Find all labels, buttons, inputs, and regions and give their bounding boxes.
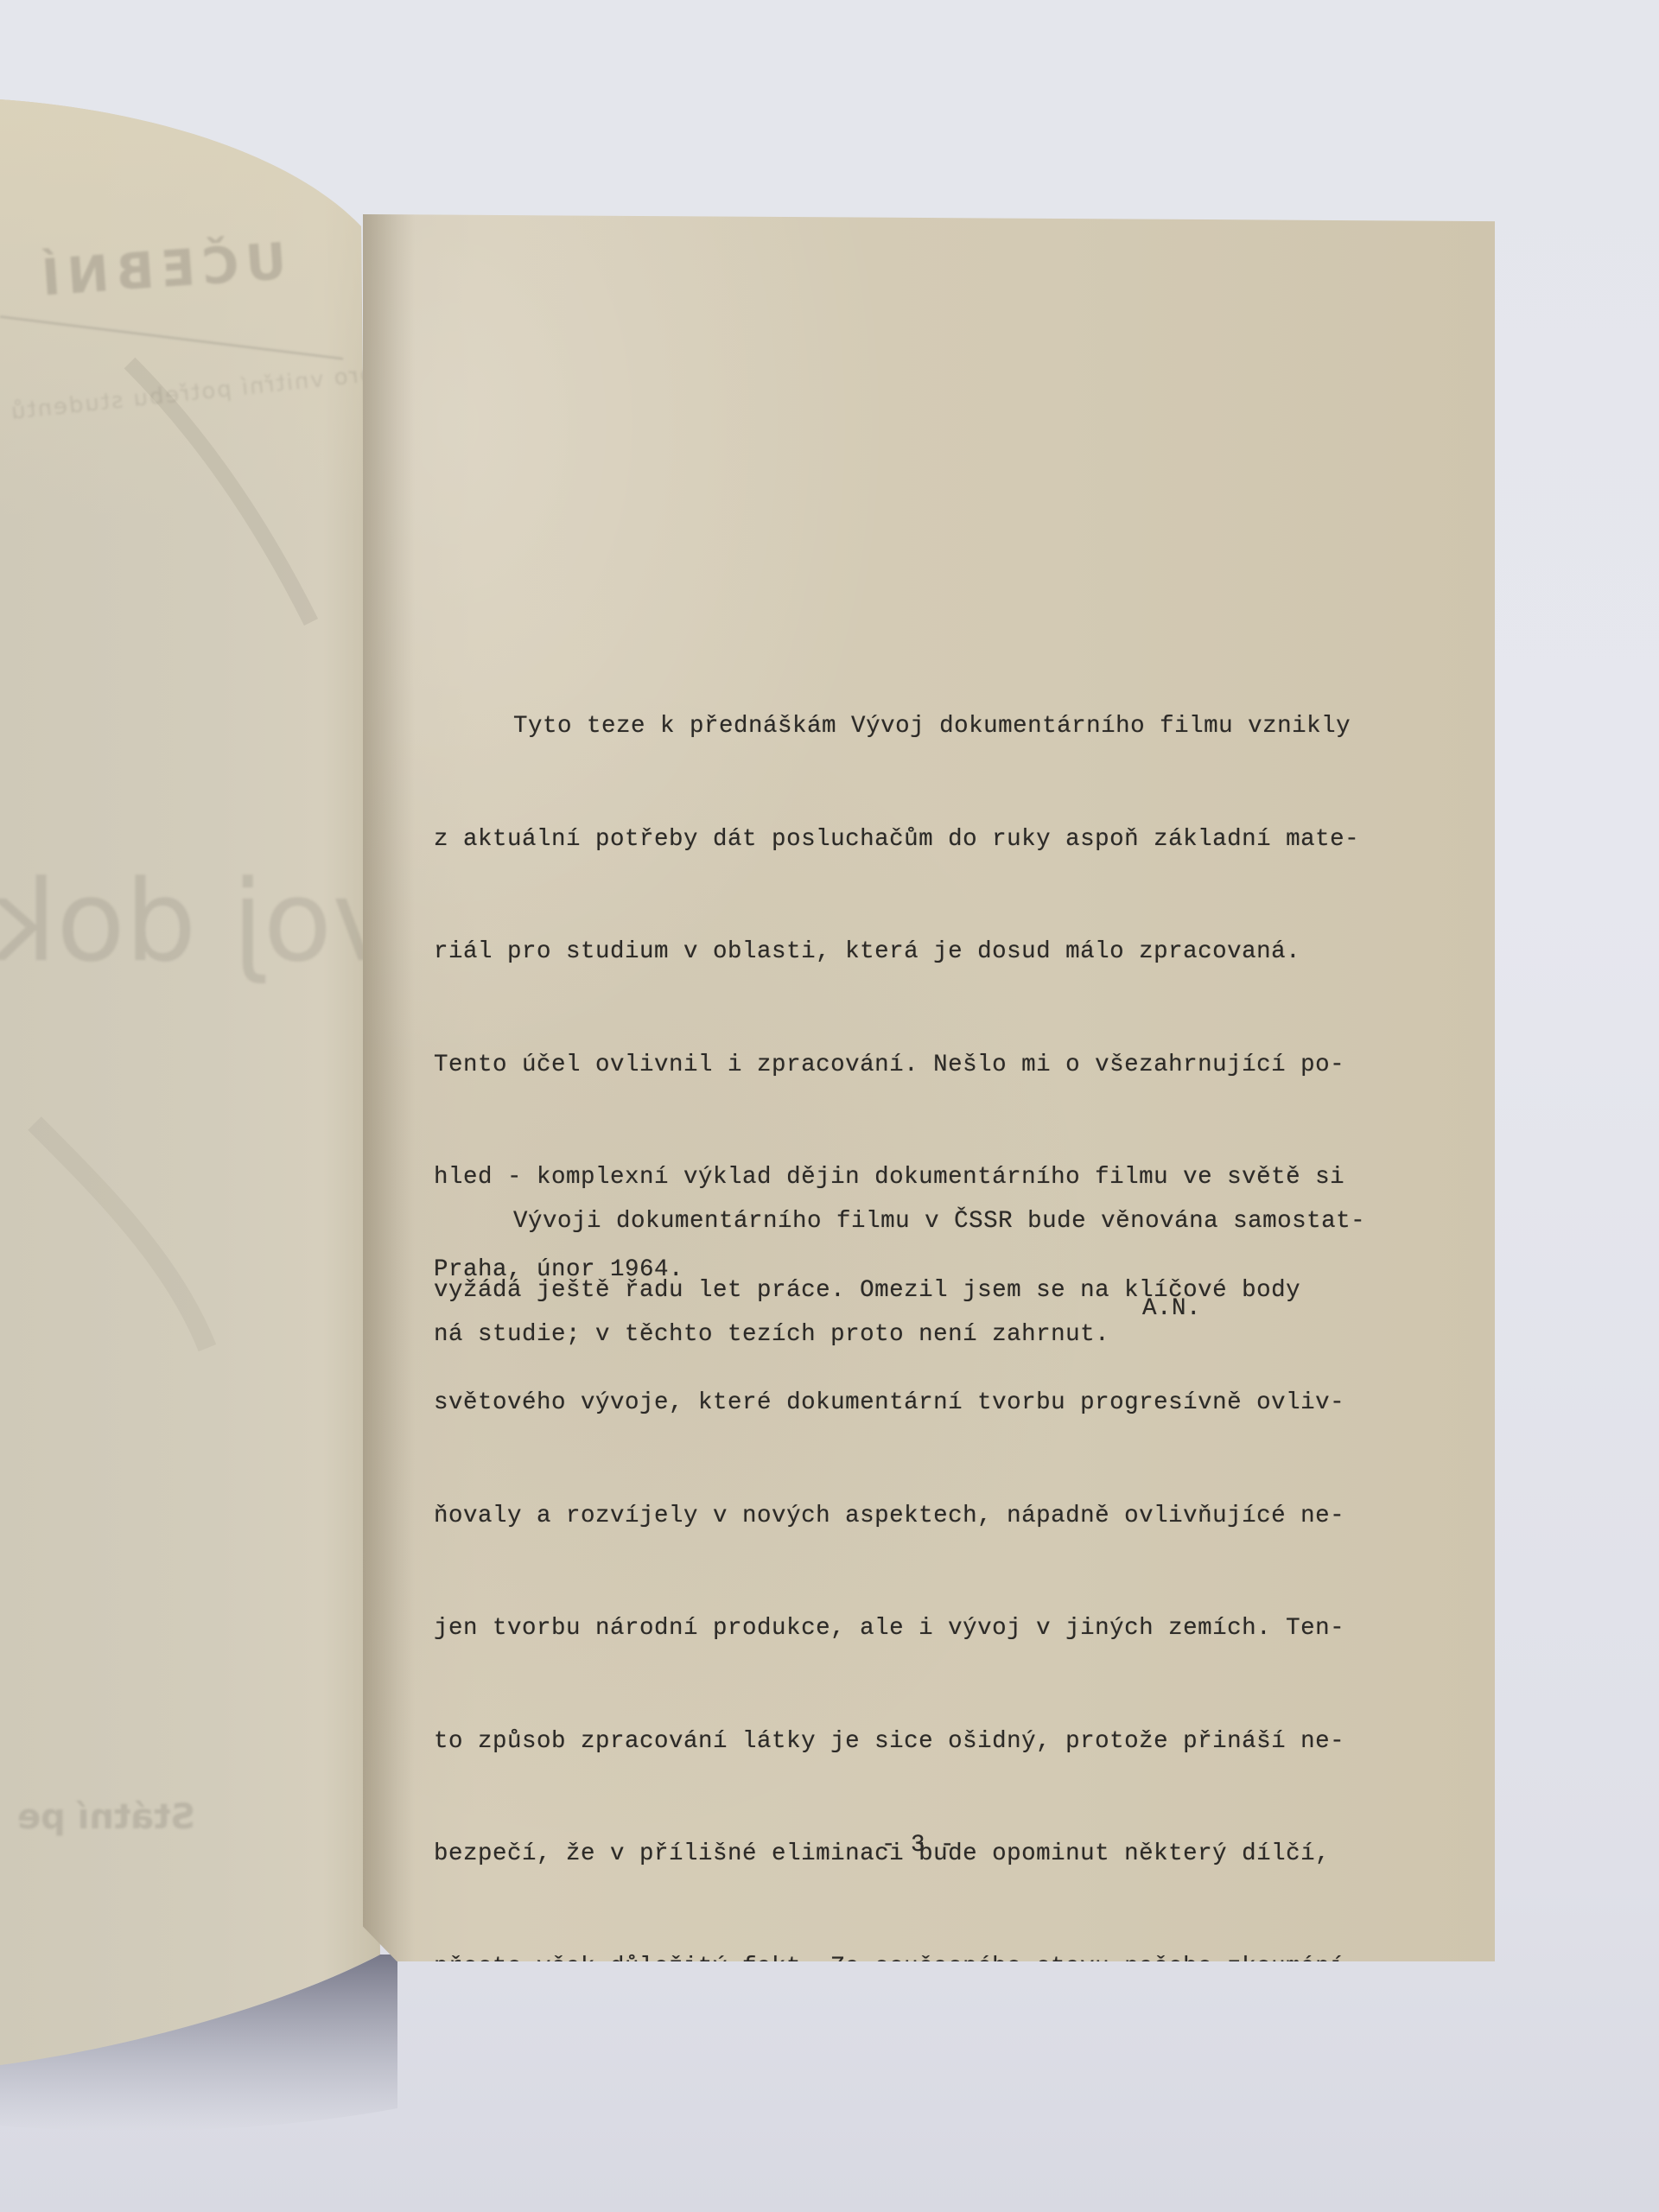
text-line: ná studie; v těchto tezích proto není za… (434, 1316, 1365, 1354)
text-line: jen tvorbu národní produkce, ale i vývoj… (434, 1610, 1359, 1648)
right-page: Tyto teze k přednáškám Vývoj dokumentárn… (363, 214, 1495, 1961)
page-number: - 3 - (881, 1827, 955, 1865)
text-line: Vývoji dokumentárního filmu v ČSSR bude … (434, 1203, 1365, 1241)
text-line: Tento účel ovlivnil i zpracování. Nešlo … (434, 1046, 1359, 1084)
left-page-bleed-footer: Státní pe (17, 1797, 195, 1837)
text-line: přesto však důležitý fakt. Za současného… (434, 1948, 1359, 1986)
text-line: to způsob zpracování látky je sice ošidn… (434, 1723, 1359, 1761)
place-date: Praha, únor 1964. (434, 1251, 683, 1289)
text-line: Tyto teze k přednáškám Vývoj dokumentárn… (434, 708, 1359, 746)
left-page: UČEBNÍ pro vnitřní potřebu studentů Vývo… (0, 0, 397, 2212)
text-line: o dějinách dokumentárního filmu je to vš… (434, 2061, 1359, 2099)
text-line: riál pro studium v oblasti, která je dos… (434, 933, 1359, 971)
text-line: z aktuální potřeby dát posluchačům do ru… (434, 821, 1359, 859)
gutter-shadow (363, 214, 415, 1961)
text-line: ňovaly a rozvíjely v nových aspektech, n… (434, 1497, 1359, 1535)
left-page-shape (0, 0, 397, 2212)
author-initials: A.N. (1142, 1290, 1201, 1328)
